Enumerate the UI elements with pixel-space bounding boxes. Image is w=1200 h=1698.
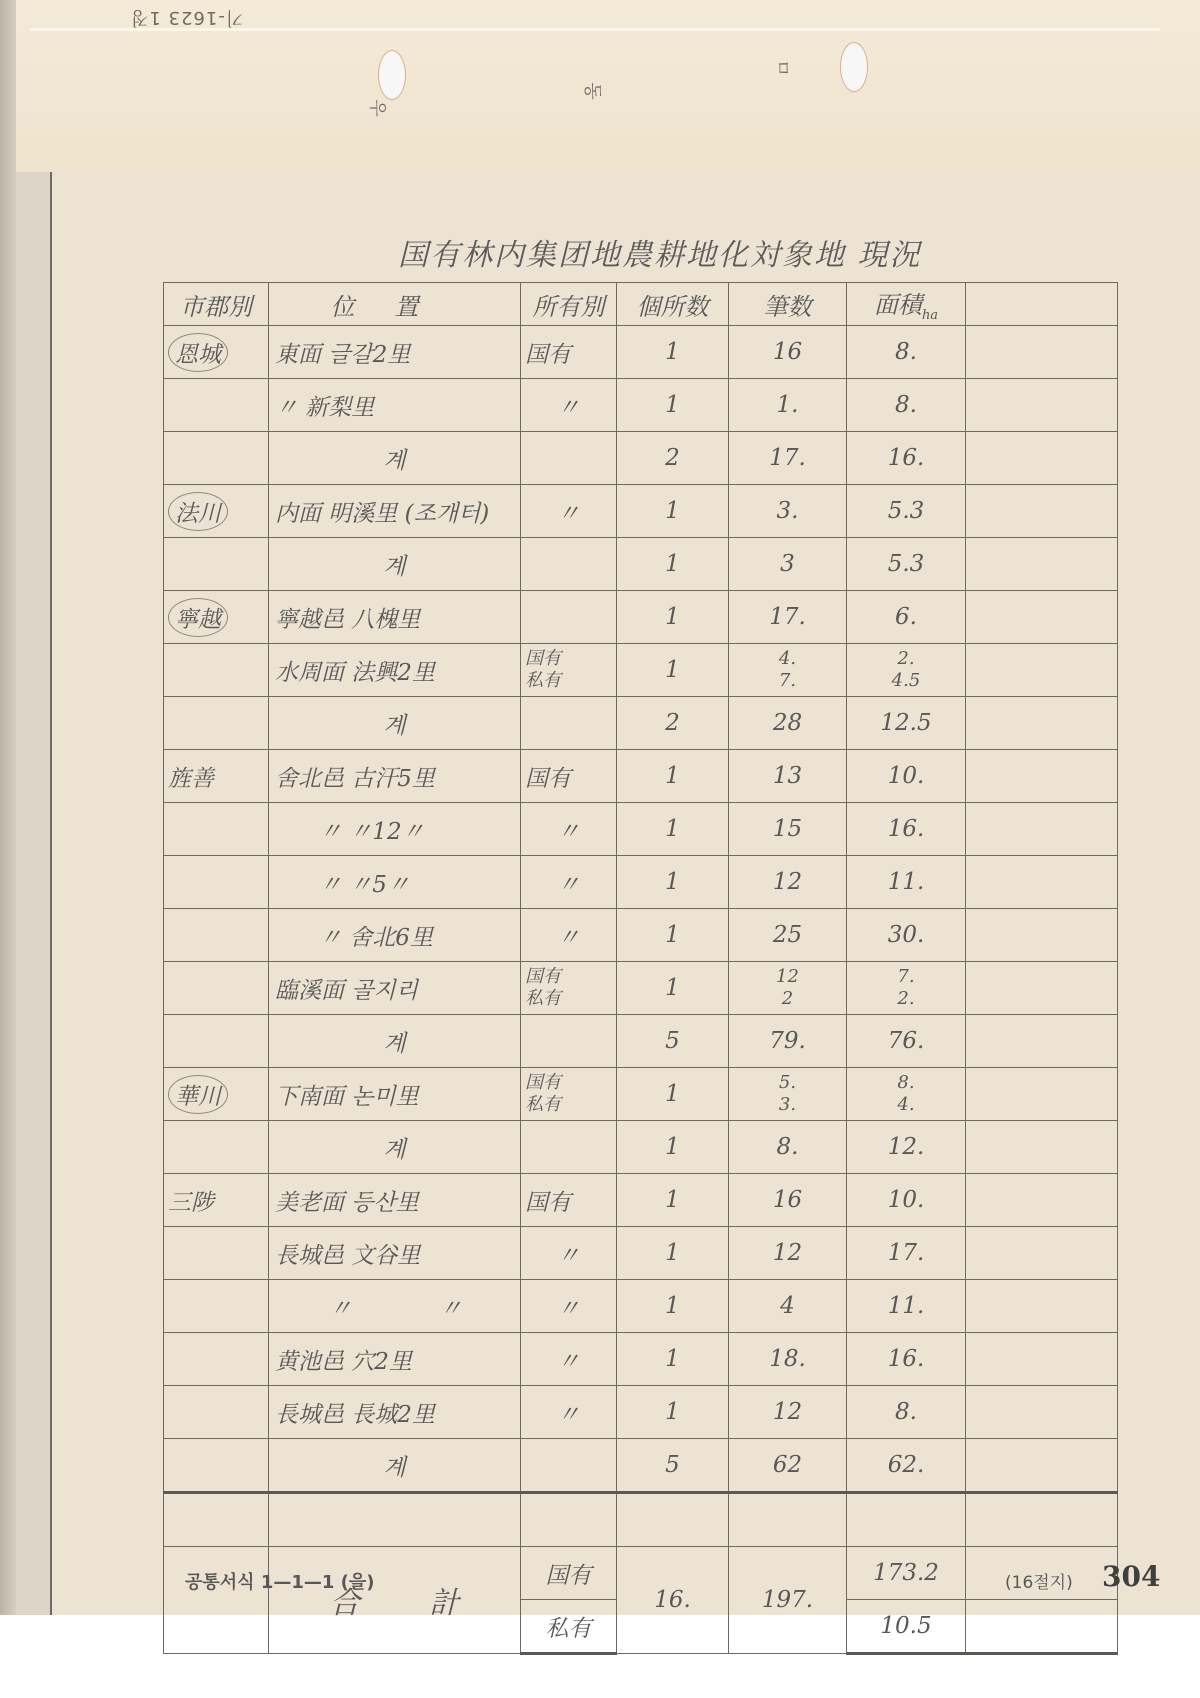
location-cell: 東面 글갈2里	[269, 326, 521, 379]
subtotal-label: 계	[269, 1439, 521, 1493]
lots-cell: 62	[729, 1439, 847, 1493]
lots-cell: 16	[729, 1174, 847, 1227]
subtotal-row: 계 1 8. 12.	[164, 1121, 1118, 1174]
lots-cell: 17.	[729, 432, 847, 485]
lots-national: 4.	[733, 648, 842, 670]
area-cell: 30.	[847, 909, 966, 962]
area-cell: 7.2.	[847, 962, 966, 1015]
location-cell: 長城邑 長城2里	[269, 1386, 521, 1439]
sites-cell: 1	[617, 1121, 729, 1174]
area-cell: 17.	[847, 1227, 966, 1280]
lots-cell: 13	[729, 750, 847, 803]
area-private: 4.	[851, 1094, 961, 1116]
location-cell: 〃 〃12〃	[269, 803, 521, 856]
lots-cell: 12	[729, 856, 847, 909]
location-cell: 黄池邑 穴2里	[269, 1333, 521, 1386]
ownership-cell	[521, 697, 617, 750]
header-sites: 個所数	[617, 283, 729, 326]
sites-cell: 1	[617, 485, 729, 538]
lots-cell: 3.	[729, 485, 847, 538]
county-cell	[164, 1333, 269, 1386]
table-row: 水周面 法興2里 国有私有 1 4.7. 2.4.5	[164, 644, 1118, 697]
lots-cell: 15	[729, 803, 847, 856]
table-row: 三陟 美老面 등산里 国有 1 16 10.	[164, 1174, 1118, 1227]
sites-cell: 1	[617, 909, 729, 962]
county-cell	[164, 856, 269, 909]
land-survey-table: 市郡別 位置 所有別 個所数 筆数 面積ha 恩城 東面 글갈2里 国有 1 1…	[163, 282, 1118, 1655]
sites-cell: 1	[617, 1068, 729, 1121]
sites-cell: 1	[617, 1174, 729, 1227]
area-cell: 11.	[847, 1280, 966, 1333]
header-blank	[966, 283, 1118, 326]
lots-private: 3.	[733, 1094, 842, 1116]
sites-cell: 1	[617, 326, 729, 379]
location-cell: 臨溪面 골지리	[269, 962, 521, 1015]
ownership-cell	[521, 1015, 617, 1068]
blank-cell	[966, 1068, 1118, 1121]
area-private: 2.	[851, 988, 961, 1010]
county-name: 恩城	[168, 333, 228, 372]
blank-cell	[966, 1439, 1118, 1493]
blank-cell	[966, 1227, 1118, 1280]
lots-cell: 8.	[729, 1121, 847, 1174]
header-area: 面積ha	[847, 283, 966, 326]
ownership-cell	[521, 1439, 617, 1493]
header-location: 位置	[269, 283, 521, 326]
county-cell: 恩城	[164, 326, 269, 379]
sites-cell: 1	[617, 962, 729, 1015]
ownership-cell	[521, 1121, 617, 1174]
lots-cell: 25	[729, 909, 847, 962]
ownership-cell: 国有	[521, 750, 617, 803]
table-row: 法川 内面 明溪里 (조개터) 〃 1 3. 5.3	[164, 485, 1118, 538]
county-cell: 旌善	[164, 750, 269, 803]
table-row: 寧越 寧越邑 八槐里 1 17. 6.	[164, 591, 1118, 644]
grand-total-lots: 197.	[729, 1547, 847, 1654]
area-cell: 5.3	[847, 538, 966, 591]
ownership-cell: 〃	[521, 379, 617, 432]
area-cell: 10.	[847, 750, 966, 803]
ownership-cell	[521, 538, 617, 591]
county-cell	[164, 644, 269, 697]
area-private: 4.5	[851, 670, 961, 692]
area-cell: 16.	[847, 432, 966, 485]
empty-row	[164, 1493, 1118, 1547]
ownership-private: 私有	[525, 988, 612, 1010]
area-national: 7.	[851, 966, 961, 988]
ownership-national: 国有	[525, 648, 612, 670]
blank-cell	[966, 1280, 1118, 1333]
lots-cell: 122	[729, 962, 847, 1015]
sites-cell: 1	[617, 538, 729, 591]
blank-cell	[966, 1600, 1118, 1654]
lots-cell: 18.	[729, 1333, 847, 1386]
subtotal-label: 계	[269, 697, 521, 750]
blank-cell	[966, 697, 1118, 750]
area-cell: 62.	[847, 1439, 966, 1493]
table-row: 〃 〃12〃 〃 1 15 16.	[164, 803, 1118, 856]
ownership-cell: 〃	[521, 485, 617, 538]
county-cell	[164, 1280, 269, 1333]
blank-cell	[966, 1493, 1118, 1547]
document-title: 国有林内集团地農耕地化対象地 現況	[398, 230, 922, 274]
ownership-cell: 〃	[521, 909, 617, 962]
lots-cell	[729, 1493, 847, 1547]
blank-cell	[966, 379, 1118, 432]
binder-mark: 우	[366, 99, 392, 116]
county-name: 法川	[168, 492, 228, 531]
form-code: 공통서식 1—1—1 (을)	[185, 1568, 375, 1594]
county-cell	[164, 1439, 269, 1493]
location-cell: 美老面 등산里	[269, 1174, 521, 1227]
lots-national: 5.	[733, 1072, 842, 1094]
binder-mark: 동	[581, 82, 607, 99]
location-cell	[269, 1493, 521, 1547]
subtotal-label: 계	[269, 1015, 521, 1068]
area-cell: 8.	[847, 326, 966, 379]
blank-cell	[966, 909, 1118, 962]
area-cell: 16.	[847, 1333, 966, 1386]
location-cell: 舍北邑 古汗5里	[269, 750, 521, 803]
sites-cell: 1	[617, 591, 729, 644]
binder-spine	[0, 0, 16, 1615]
sites-cell: 1	[617, 1386, 729, 1439]
table-row: 〃 〃 〃 1 4 11.	[164, 1280, 1118, 1333]
table-row: 華川 下南面 논미里 国有私有 1 5.3. 8.4.	[164, 1068, 1118, 1121]
table-row: 恩城 東面 글갈2里 国有 1 16 8.	[164, 326, 1118, 379]
binder-strip: 기-1623 1정 우 동 ㅁ	[0, 0, 1200, 173]
ownership-cell: 〃	[521, 856, 617, 909]
blank-cell	[966, 1386, 1118, 1439]
ownership-cell: 〃	[521, 1333, 617, 1386]
lots-cell: 12	[729, 1227, 847, 1280]
area-cell: 11.	[847, 856, 966, 909]
area-national: 8.	[851, 1072, 961, 1094]
ownership-cell	[521, 432, 617, 485]
blank-cell	[966, 1333, 1118, 1386]
header-lots: 筆数	[729, 283, 847, 326]
sites-cell: 1	[617, 856, 729, 909]
area-cell: 12.	[847, 1121, 966, 1174]
area-cell: 76.	[847, 1015, 966, 1068]
blank-cell	[966, 1015, 1118, 1068]
ownership-cell: 国有私有	[521, 1068, 617, 1121]
location-cell: 寧越邑 八槐里	[269, 591, 521, 644]
county-cell	[164, 379, 269, 432]
lots-cell: 28	[729, 697, 847, 750]
location-cell: 水周面 法興2里	[269, 644, 521, 697]
blank-cell	[966, 644, 1118, 697]
area-cell: 10.	[847, 1174, 966, 1227]
area-cell: 5.3	[847, 485, 966, 538]
grand-total-label: 合 計	[269, 1547, 521, 1654]
county-cell	[164, 432, 269, 485]
header-area-label: 面積	[874, 291, 922, 319]
blank-cell	[966, 432, 1118, 485]
county-cell: 法川	[164, 485, 269, 538]
sites-cell: 5	[617, 1015, 729, 1068]
county-cell	[164, 1227, 269, 1280]
ownership-cell: 国有私有	[521, 644, 617, 697]
ownership-private: 私有	[525, 670, 612, 692]
blank-cell	[966, 750, 1118, 803]
area-cell: 8.	[847, 1386, 966, 1439]
county-cell	[164, 962, 269, 1015]
county-cell	[164, 1493, 269, 1547]
county-cell	[164, 909, 269, 962]
page-number: 304	[1102, 1560, 1160, 1593]
subtotal-row: 계 2 28 12.5	[164, 697, 1118, 750]
left-gutter	[16, 172, 50, 1615]
county-cell	[164, 1547, 269, 1654]
county-name: 華川	[168, 1075, 228, 1114]
county-cell	[164, 538, 269, 591]
table-row: 旌善 舍北邑 古汗5里 国有 1 13 10.	[164, 750, 1118, 803]
lots-private: 2	[733, 988, 842, 1010]
blank-cell	[966, 485, 1118, 538]
sites-cell: 1	[617, 379, 729, 432]
location-cell: 〃 新梨里	[269, 379, 521, 432]
table-row: 長城邑 長城2里 〃 1 12 8.	[164, 1386, 1118, 1439]
lots-cell: 5.3.	[729, 1068, 847, 1121]
punch-hole-left	[378, 50, 406, 100]
subtotal-label: 계	[269, 1121, 521, 1174]
ownership-cell	[521, 591, 617, 644]
header-ownership: 所有別	[521, 283, 617, 326]
sites-cell: 1	[617, 750, 729, 803]
county-cell	[164, 1121, 269, 1174]
grand-total-area-private: 10.5	[847, 1600, 966, 1654]
lots-cell: 12	[729, 1386, 847, 1439]
county-cell	[164, 803, 269, 856]
sites-cell: 2	[617, 697, 729, 750]
table-row: 〃 〃5〃 〃 1 12 11.	[164, 856, 1118, 909]
lots-cell: 4	[729, 1280, 847, 1333]
county-cell: 華川	[164, 1068, 269, 1121]
grand-total-area-national: 173.2	[847, 1547, 966, 1600]
area-cell	[847, 1493, 966, 1547]
lots-cell: 79.	[729, 1015, 847, 1068]
blank-cell	[966, 538, 1118, 591]
area-cell: 12.5	[847, 697, 966, 750]
blank-cell	[966, 803, 1118, 856]
archive-annotation: 기-1623 1정	[130, 6, 243, 32]
grand-total-sites: 16.	[617, 1547, 729, 1654]
blank-cell	[966, 962, 1118, 1015]
ownership-cell: 国有私有	[521, 962, 617, 1015]
lots-cell: 1.	[729, 379, 847, 432]
area-cell: 2.4.5	[847, 644, 966, 697]
blank-cell	[966, 1174, 1118, 1227]
ownership-cell: 〃	[521, 1280, 617, 1333]
area-cell: 6.	[847, 591, 966, 644]
sites-cell: 1	[617, 803, 729, 856]
area-national: 2.	[851, 648, 961, 670]
location-cell: 下南面 논미里	[269, 1068, 521, 1121]
table-row: 〃 舍北6里 〃 1 25 30.	[164, 909, 1118, 962]
blank-cell	[966, 326, 1118, 379]
area-cell: 8.4.	[847, 1068, 966, 1121]
sites-cell: 5	[617, 1439, 729, 1493]
sites-cell: 1	[617, 1227, 729, 1280]
lots-cell: 17.	[729, 591, 847, 644]
table-row: 臨溪面 골지리 国有私有 1 122 7.2.	[164, 962, 1118, 1015]
ownership-cell: 〃	[521, 1386, 617, 1439]
subtotal-label: 계	[269, 432, 521, 485]
lots-cell: 16	[729, 326, 847, 379]
ownership-cell: 〃	[521, 803, 617, 856]
header-county: 市郡別	[164, 283, 269, 326]
blank-cell	[966, 856, 1118, 909]
subtotal-label: 계	[269, 538, 521, 591]
county-cell	[164, 1386, 269, 1439]
location-cell: 〃 〃5〃	[269, 856, 521, 909]
lots-private: 7.	[733, 670, 842, 692]
table-row: 長城邑 文谷里 〃 1 12 17.	[164, 1227, 1118, 1280]
subtotal-row: 계 1 3 5.3	[164, 538, 1118, 591]
county-cell: 寧越	[164, 591, 269, 644]
location-cell: 〃 〃	[269, 1280, 521, 1333]
area-unit: ha	[922, 308, 938, 323]
ownership-cell	[521, 1493, 617, 1547]
table-row: 〃 新梨里 〃 1 1. 8.	[164, 379, 1118, 432]
document-sheet: 기-1623 1정 우 동 ㅁ 国有林内集团地農耕地化対象地 現況 市郡別 位置…	[0, 0, 1200, 1615]
sites-cell: 1	[617, 1280, 729, 1333]
subtotal-row: 계 5 62 62.	[164, 1439, 1118, 1493]
subtotal-row: 계 5 79. 76.	[164, 1015, 1118, 1068]
gutter-line	[50, 172, 52, 1615]
binder-mark: ㅁ	[771, 59, 797, 76]
ownership-private: 私有	[525, 1094, 612, 1116]
location-cell: 長城邑 文谷里	[269, 1227, 521, 1280]
ownership-national: 国有	[525, 966, 612, 988]
county-cell	[164, 697, 269, 750]
blank-cell	[966, 591, 1118, 644]
table-row: 黄池邑 穴2里 〃 1 18. 16.	[164, 1333, 1118, 1386]
sites-cell: 1	[617, 1333, 729, 1386]
location-cell: 〃 舍北6里	[269, 909, 521, 962]
ownership-cell: 国有	[521, 326, 617, 379]
sites-cell	[617, 1493, 729, 1547]
location-cell: 内面 明溪里 (조개터)	[269, 485, 521, 538]
area-cell: 8.	[847, 379, 966, 432]
county-cell: 三陟	[164, 1174, 269, 1227]
subtotal-row: 계 2 17. 16.	[164, 432, 1118, 485]
area-cell: 16.	[847, 803, 966, 856]
punch-hole-right	[840, 42, 868, 92]
lots-cell: 4.7.	[729, 644, 847, 697]
sites-cell: 1	[617, 644, 729, 697]
ownership-national: 国有	[521, 1547, 617, 1600]
ownership-national: 国有	[525, 1072, 612, 1094]
paper-size: (16절지)	[1005, 1568, 1073, 1593]
ownership-cell: 国有	[521, 1174, 617, 1227]
ownership-cell: 〃	[521, 1227, 617, 1280]
table-header-row: 市郡別 位置 所有別 個所数 筆数 面積ha	[164, 283, 1118, 326]
ownership-private: 私有	[521, 1600, 617, 1654]
sites-cell: 2	[617, 432, 729, 485]
blank-cell	[966, 1121, 1118, 1174]
lots-cell: 3	[729, 538, 847, 591]
county-cell	[164, 1015, 269, 1068]
county-name: 寧越	[168, 598, 228, 637]
lots-national: 12	[733, 966, 842, 988]
